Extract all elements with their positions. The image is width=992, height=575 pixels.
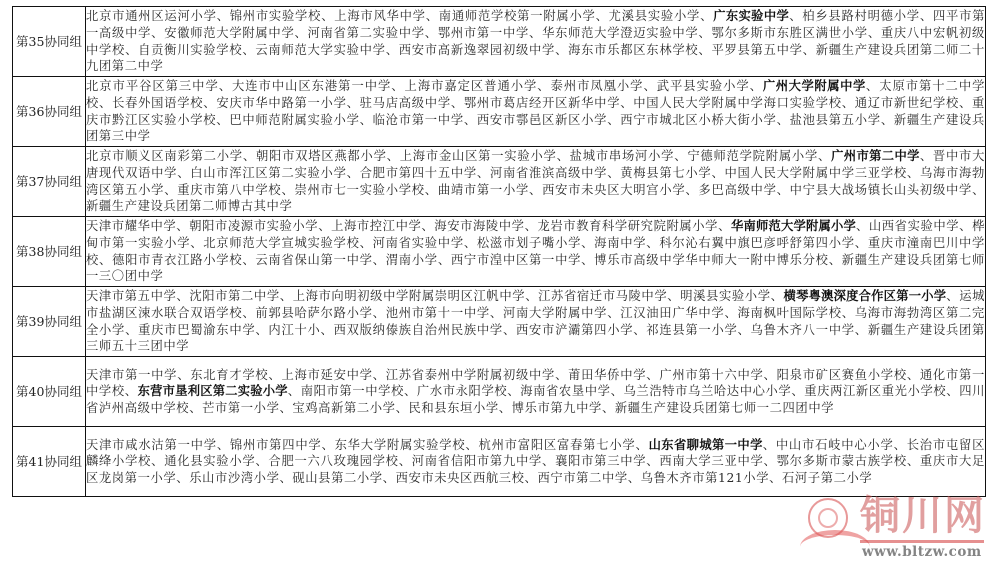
school-name: 中山市石岐中心小学 xyxy=(776,438,894,452)
school-name: 龙岩市教育科学研究院附属小学 xyxy=(538,219,719,233)
list-separator: 、 xyxy=(777,113,790,127)
list-separator: 、 xyxy=(818,149,831,163)
list-separator: 、 xyxy=(866,79,879,93)
school-name: 明溪县实验小学 xyxy=(680,289,770,303)
school-name: 合肥一六八玫瑰园学校 xyxy=(268,454,398,468)
school-name: 杭州市富阳区富春第七小学 xyxy=(479,438,636,452)
list-separator: 、 xyxy=(581,253,594,267)
school-name: 海南枫叶国际学校 xyxy=(737,306,841,320)
school-name: 西宁市城北区小桥大街小学 xyxy=(620,113,776,127)
school-name: 西宁市第二中学 xyxy=(537,471,627,485)
school-name: 西宁市湟中区第一中学 xyxy=(451,253,581,267)
school-name: 河南省淮滨高级中学 xyxy=(490,166,607,180)
school-name: 科尔沁右翼中旗巴彦呼舒第四小学 xyxy=(659,236,854,250)
list-separator: 、 xyxy=(868,26,881,40)
table-body: 第35协同组 北京市通州区运河小学、锦州市实验学校、上海市风华中学、南通师范学校… xyxy=(13,7,986,497)
list-separator: 、 xyxy=(425,26,438,40)
school-name: 平罗县第五中学 xyxy=(711,43,802,57)
school-name-highlighted: 山东省聊城第一中学 xyxy=(649,438,763,452)
school-name: 新疆生产建设兵团第二师博古其中学 xyxy=(86,199,292,213)
group-schools: 北京市平谷区第三中学、大连市中山区东港第一中学、上海市嘉定区普通小学、泰州市凤凰… xyxy=(86,77,986,147)
school-name: 安庆市华中路第一小学 xyxy=(216,96,346,110)
school-name: 上海市延安中学 xyxy=(281,368,372,382)
school-name: 山西省实验中学 xyxy=(869,219,959,233)
list-separator: 、 xyxy=(151,26,164,40)
school-name: 西安市浐灞第四小学 xyxy=(516,323,633,337)
school-name: 天津市第五中学 xyxy=(86,289,176,303)
school-name: 乌兰浩特市乌兰哈达中心小学 xyxy=(624,384,792,398)
list-separator: 、 xyxy=(421,219,434,233)
list-separator: 、 xyxy=(255,454,268,468)
list-separator: 、 xyxy=(288,384,301,398)
group-schools: 北京市通州区运河小学、锦州市实验学校、上海市风华中学、南通师范学校第一附属小学、… xyxy=(86,7,986,77)
school-name: 中宁县大战场镇长山头初级中学 xyxy=(790,183,972,197)
list-separator: 、 xyxy=(633,323,646,337)
list-separator: 、 xyxy=(667,289,680,303)
school-name: 长春外国语学校 xyxy=(112,96,203,110)
list-separator: 、 xyxy=(946,384,959,398)
school-name: 上海市风华中学 xyxy=(334,9,425,23)
list-separator: 、 xyxy=(803,43,816,57)
school-name-highlighted: 广东实验中学 xyxy=(713,9,789,23)
school-name: 乌鲁木齐八一中学 xyxy=(751,323,855,337)
group-schools: 天津市第五中学、沈阳市第二中学、上海市向明初级中学附属崇明区江帆中学、江苏省宿迁… xyxy=(86,287,986,357)
school-name: 河南省实验中学 xyxy=(373,236,464,250)
school-name: 宝鸡高新第二小学 xyxy=(292,401,395,415)
list-separator: 、 xyxy=(628,471,641,485)
list-separator: 、 xyxy=(294,26,307,40)
list-separator: 、 xyxy=(791,384,804,398)
list-separator: 、 xyxy=(255,323,268,337)
list-separator: 、 xyxy=(611,384,624,398)
school-name: 海东市乐都区东林学校 xyxy=(568,43,698,57)
school-name: 宁德师范学院附属小学 xyxy=(687,149,818,163)
group-schools: 北京市顺义区南彩第二小学、朝阳市双塔区燕都小学、上海市金山区第一实验小学、盐城市… xyxy=(86,147,986,217)
wave-logo-icon xyxy=(800,530,870,564)
school-name: 内江十小 xyxy=(268,323,320,337)
watermark-logo-text: 铜川网 xyxy=(860,494,986,538)
school-name: 大连市中山区东港第一中学 xyxy=(232,79,391,93)
school-name: 河南大学附属中学 xyxy=(503,306,607,320)
list-separator: 、 xyxy=(596,9,609,23)
school-name: 渭南小学 xyxy=(386,253,438,267)
school-name: 河南省第二实验中学 xyxy=(308,26,425,40)
seal-logo-icon xyxy=(808,498,848,538)
list-separator: 、 xyxy=(529,183,542,197)
school-name: 朝阳市双塔区燕都小学 xyxy=(256,149,387,163)
list-separator: 、 xyxy=(465,438,478,452)
school-name: 西安市未央区西航三校 xyxy=(396,471,525,485)
list-separator: 、 xyxy=(894,438,907,452)
watermark-divider xyxy=(860,540,984,543)
school-name: 重庆市第八中学校 xyxy=(177,183,281,197)
list-separator: 、 xyxy=(99,96,112,110)
list-separator: 、 xyxy=(383,471,396,485)
list-separator: 、 xyxy=(738,323,751,337)
school-name: 华东师范大学澄迈实验中学 xyxy=(542,26,698,40)
school-name: 鄂州市第一中学 xyxy=(438,26,529,40)
list-separator: 、 xyxy=(322,438,335,452)
school-name: 上海市向明初级中学附属崇明区江帆中学 xyxy=(293,289,526,303)
school-name: 北京市通州区运河小学 xyxy=(86,9,217,23)
school-name: 上海市金山区第一实验小学 xyxy=(400,149,557,163)
list-separator: 、 xyxy=(373,306,386,320)
list-separator: 、 xyxy=(176,289,189,303)
document-page: 第35协同组 北京市通州区运河小学、锦州市实验学校、上海市风华中学、南通师范学校… xyxy=(0,0,992,575)
list-separator: 、 xyxy=(347,166,360,180)
list-separator: 、 xyxy=(464,236,477,250)
list-separator: 、 xyxy=(125,43,138,57)
list-separator: 、 xyxy=(507,384,520,398)
school-name: 北京市平谷区第三中学 xyxy=(86,79,219,93)
list-separator: 、 xyxy=(281,183,294,197)
list-separator: 、 xyxy=(855,236,868,250)
list-separator: 、 xyxy=(907,166,920,180)
school-name: 江汉油田广华中学 xyxy=(620,306,724,320)
list-separator: 、 xyxy=(646,454,659,468)
collaboration-groups-table: 第35协同组 北京市通州区运河小学、锦州市实验学校、上海市风华中学、南通师范学校… xyxy=(12,6,986,497)
group-row: 第41协同组 天津市咸水沽第一中学、锦州市第四中学、东华大学附属实验学校、杭州市… xyxy=(13,427,986,497)
list-separator: 、 xyxy=(387,149,400,163)
school-name: 北京师范大学宣城实验学校 xyxy=(203,236,359,250)
school-name: 西安市鄠邑区新区小学 xyxy=(477,113,607,127)
list-separator: 、 xyxy=(607,113,620,127)
list-separator: 、 xyxy=(602,401,615,415)
list-separator: 、 xyxy=(360,113,373,127)
school-name: 东北育才学校 xyxy=(190,368,268,382)
group-row: 第38协同组 天津市耀华中学、朝阳市凌源市实验小学、上海市控江中学、海安市海陵中… xyxy=(13,217,986,287)
group-schools: 天津市第一中学、东北育才学校、上海市延安中学、江苏省泰州中学附属初级中学、莆田华… xyxy=(86,357,986,427)
school-name: 上海市嘉定区普通小学 xyxy=(405,79,538,93)
school-name: 曲靖市第一小学 xyxy=(438,183,529,197)
list-separator: 、 xyxy=(321,9,334,23)
school-name: 柏乡县路村明德小学 xyxy=(802,9,920,23)
list-separator: 、 xyxy=(190,236,203,250)
school-name: 安徽师范大学附属中学 xyxy=(164,26,294,40)
list-separator: 、 xyxy=(464,113,477,127)
school-name-highlighted: 华南师范大学附属小学 xyxy=(731,219,856,233)
school-name: 驻马店高级中学 xyxy=(360,96,451,110)
list-separator: 、 xyxy=(219,79,232,93)
school-name: 通辽市新世纪学校 xyxy=(855,96,959,110)
list-separator: 、 xyxy=(347,96,360,110)
school-name: 民和县东垣小学 xyxy=(408,401,498,415)
list-separator: 、 xyxy=(490,306,503,320)
list-separator: 、 xyxy=(503,323,516,337)
school-name: 上海市控江中学 xyxy=(331,219,421,233)
school-name: 前郭县哈萨尔路小学 xyxy=(255,306,372,320)
school-name: 盐池县第五小学 xyxy=(790,113,881,127)
list-separator: 、 xyxy=(280,289,293,303)
school-name: 莆田华侨中学 xyxy=(568,368,646,382)
school-name: 南阳市第一中学校 xyxy=(301,384,404,398)
site-watermark: 铜川网 www.bltzw.com xyxy=(800,492,986,570)
school-name: 中国人民大学附属中学三亚学校 xyxy=(724,166,906,180)
list-separator: 、 xyxy=(607,166,620,180)
school-name: 河南省信阳市第九中学 xyxy=(412,454,542,468)
list-separator: 、 xyxy=(318,219,331,233)
school-name: 新疆生产建设兵团第七师一二四团中学 xyxy=(615,401,834,415)
school-name: 广州市第十六中学 xyxy=(659,368,763,382)
list-separator: 、 xyxy=(177,368,190,382)
school-name: 西安市高新逸翠园初级中学 xyxy=(399,43,555,57)
list-separator: 、 xyxy=(842,306,855,320)
school-name: 朝阳市凌源市实验小学 xyxy=(189,219,318,233)
school-name: 临沧市第一中学 xyxy=(373,113,464,127)
list-separator: 、 xyxy=(176,471,189,485)
list-separator: 、 xyxy=(907,368,920,382)
school-name: 祁连县第一小学 xyxy=(646,323,737,337)
school-name: 崇州市七一实验小学校 xyxy=(294,183,424,197)
school-name: 池州市第十一中学 xyxy=(386,306,490,320)
list-separator: 、 xyxy=(477,166,490,180)
list-separator: 、 xyxy=(711,166,724,180)
group-label: 第39协同组 xyxy=(13,287,86,357)
list-separator: 、 xyxy=(529,26,542,40)
school-name: 西双版纳傣族自治州民族中学 xyxy=(334,323,503,337)
list-separator: 、 xyxy=(525,289,538,303)
school-name: 黄梅县第七小学 xyxy=(620,166,711,180)
list-separator: 、 xyxy=(959,219,972,233)
list-separator: 、 xyxy=(426,9,439,23)
school-name: 江苏省宿迁市马陵中学 xyxy=(538,289,667,303)
list-separator: 、 xyxy=(176,219,189,233)
list-separator: 、 xyxy=(451,96,464,110)
group-label: 第41协同组 xyxy=(13,427,86,497)
list-separator: 、 xyxy=(764,454,777,468)
list-separator: 、 xyxy=(425,183,438,197)
list-separator: 、 xyxy=(203,96,216,110)
school-name: 乌鲁木齐市第121小学 xyxy=(641,471,769,485)
list-separator: 、 xyxy=(125,384,138,398)
list-separator: 、 xyxy=(542,454,555,468)
school-name: 广水市永阳学校 xyxy=(417,384,507,398)
list-separator: 、 xyxy=(396,401,409,415)
school-name: 西安市未央区大明宫小学 xyxy=(542,183,685,197)
list-separator: 、 xyxy=(499,401,512,415)
list-separator: 、 xyxy=(646,368,659,382)
school-name: 尤溪县实验小学 xyxy=(609,9,700,23)
list-separator: 、 xyxy=(164,183,177,197)
list-separator: 、 xyxy=(959,96,972,110)
group-row: 第40协同组 天津市第一中学、东北育才学校、上海市延安中学、江苏省泰州中学附属初… xyxy=(13,357,986,427)
school-name: 锦州市第四中学 xyxy=(230,438,322,452)
list-separator: 、 xyxy=(189,401,202,415)
list-separator: 、 xyxy=(360,236,373,250)
group-label: 第38协同组 xyxy=(13,217,86,287)
list-separator: 、 xyxy=(698,43,711,57)
list-separator: 、 xyxy=(750,79,763,93)
list-separator: 、 xyxy=(829,253,842,267)
school-name: 北京市顺义区南彩第二小学 xyxy=(86,149,243,163)
list-separator: 、 xyxy=(555,368,568,382)
school-name: 芒市第一小学 xyxy=(202,401,279,415)
list-separator: 、 xyxy=(856,219,869,233)
list-separator: 、 xyxy=(946,289,959,303)
list-separator: 、 xyxy=(99,253,112,267)
school-name: 锦州市实验学校 xyxy=(230,9,321,23)
list-separator: 、 xyxy=(386,43,399,57)
group-label: 第37协同组 xyxy=(13,147,86,217)
list-separator: 、 xyxy=(764,368,777,382)
school-name: 多巴高级中学 xyxy=(698,183,776,197)
school-name: 云南省保山第一中学 xyxy=(255,253,372,267)
school-name: 鄂州市葛店经开区新华中学 xyxy=(464,96,620,110)
list-separator: 、 xyxy=(855,323,868,337)
list-separator: 、 xyxy=(718,219,731,233)
list-separator: 、 xyxy=(399,454,412,468)
school-name: 博乐市第九中学 xyxy=(512,401,602,415)
group-row: 第35协同组 北京市通州区运河小学、锦州市实验学校、上海市风华中学、南通师范学校… xyxy=(13,7,986,77)
list-separator: 、 xyxy=(842,96,855,110)
list-separator: 、 xyxy=(555,43,568,57)
group-schools: 天津市咸水沽第一中学、锦州市第四中学、东华大学附属实验学校、杭州市富阳区富春第七… xyxy=(86,427,986,497)
group-label: 第35协同组 xyxy=(13,7,86,77)
list-separator: 、 xyxy=(698,26,711,40)
list-separator: 、 xyxy=(125,323,138,337)
list-separator: 、 xyxy=(674,149,687,163)
list-separator: 、 xyxy=(920,149,933,163)
school-name: 砚山县第二小学 xyxy=(292,471,382,485)
list-separator: 、 xyxy=(279,401,292,415)
school-name: 泰州市凤凰小学 xyxy=(551,79,644,93)
group-row: 第36协同组 北京市平谷区第三中学、大连市中山区东港第一中学、上海市嘉定区普通小… xyxy=(13,77,986,147)
list-separator: 、 xyxy=(777,183,790,197)
school-name: 巴中师范附属实验小学 xyxy=(229,113,359,127)
list-separator: 、 xyxy=(321,323,334,337)
group-row: 第39协同组 天津市第五中学、沈阳市第二中学、上海市向明初级中学附属崇明区江帆中… xyxy=(13,287,986,357)
list-separator: 、 xyxy=(279,471,292,485)
list-separator: 、 xyxy=(525,471,538,485)
school-name: 鄂尔多斯市蒙古族学校 xyxy=(777,454,907,468)
list-separator: 、 xyxy=(242,306,255,320)
list-separator: 、 xyxy=(525,219,538,233)
list-separator: 、 xyxy=(557,149,570,163)
school-name: 松滋市划子嘴小学 xyxy=(477,236,581,250)
list-separator: 、 xyxy=(177,166,190,180)
list-separator: 、 xyxy=(920,9,933,23)
school-name: 博乐市高级中学华中师大一附中博乐分校 xyxy=(594,253,829,267)
group-schools: 天津市耀华中学、朝阳市凌源市实验小学、上海市控江中学、海安市海陵中学、龙岩市教育… xyxy=(86,217,986,287)
school-name: 天津市第一中学 xyxy=(86,368,177,382)
group-label: 第40协同组 xyxy=(13,357,86,427)
school-name: 云南师范大学实验中学 xyxy=(255,43,385,57)
school-name: 海安市海陵中学 xyxy=(434,219,524,233)
school-name: 襄阳市第三中学 xyxy=(555,454,646,468)
school-name: 石河子第二小学 xyxy=(782,471,872,485)
school-name: 鄂尔多斯市东胜区满世小学 xyxy=(711,26,867,40)
school-name: 海南省农垦中学 xyxy=(520,384,610,398)
school-name: 海南中学 xyxy=(594,236,646,250)
list-separator: 、 xyxy=(243,149,256,163)
list-separator: 、 xyxy=(646,236,659,250)
school-name: 合肥市第四十五中学 xyxy=(360,166,477,180)
list-separator: 、 xyxy=(907,454,920,468)
list-separator: 、 xyxy=(636,438,649,452)
school-name: 通化县实验小学 xyxy=(164,454,255,468)
school-name: 自贡衡川实验学校 xyxy=(138,43,242,57)
list-separator: 、 xyxy=(769,471,782,485)
group-label: 第36协同组 xyxy=(13,77,86,147)
school-name: 乐山市沙湾小学 xyxy=(189,471,279,485)
school-name: 重庆两江新区重光小学校 xyxy=(804,384,946,398)
watermark-url: www.bltzw.com xyxy=(862,544,982,560)
school-name-highlighted: 广州市第二中学 xyxy=(831,149,920,163)
list-separator: 、 xyxy=(789,9,802,23)
school-name: 沈阳市第二中学 xyxy=(189,289,279,303)
list-separator: 、 xyxy=(373,368,386,382)
list-separator: 、 xyxy=(438,253,451,267)
list-separator: 、 xyxy=(724,306,737,320)
list-separator: 、 xyxy=(607,306,620,320)
school-name: 东华大学附属实验学校 xyxy=(335,438,466,452)
school-name: 中国人民大学附属中学海口实验学校 xyxy=(633,96,841,110)
list-separator: 、 xyxy=(581,236,594,250)
list-separator: 、 xyxy=(537,79,550,93)
list-separator: 、 xyxy=(391,79,404,93)
list-separator: 、 xyxy=(972,183,985,197)
school-name: 西南大学三亚中学 xyxy=(659,454,763,468)
school-name: 武平县实验小学 xyxy=(657,79,750,93)
list-separator: 、 xyxy=(217,438,230,452)
group-row: 第37协同组 北京市顺义区南彩第二小学、朝阳市双塔区燕都小学、上海市金山区第一实… xyxy=(13,147,986,217)
school-name: 江苏省泰州中学附属初级中学 xyxy=(386,368,555,382)
list-separator: 、 xyxy=(620,96,633,110)
list-separator: 、 xyxy=(643,79,656,93)
list-separator: 、 xyxy=(242,253,255,267)
school-name-highlighted: 广州大学附属中学 xyxy=(763,79,866,93)
school-name: 重庆市巴蜀渝东中学 xyxy=(138,323,255,337)
list-separator: 、 xyxy=(404,384,417,398)
school-name: 盐城市串场河小学 xyxy=(570,149,675,163)
school-name: 南通师范学校第一附属小学 xyxy=(439,9,596,23)
list-separator: 、 xyxy=(216,113,229,127)
list-separator: 、 xyxy=(771,289,784,303)
school-name: 德阳市青衣江路小学校 xyxy=(112,253,242,267)
list-separator: 、 xyxy=(268,368,281,382)
school-name-highlighted: 横琴粤澳深度合作区第一小学 xyxy=(784,289,947,303)
school-name: 天津市咸水沽第一中学 xyxy=(86,438,217,452)
school-name: 白山市浑江区第二实验小学 xyxy=(190,166,346,180)
school-name: 天津市耀华中学 xyxy=(86,219,176,233)
list-separator: 、 xyxy=(373,253,386,267)
list-separator: 、 xyxy=(151,454,164,468)
list-separator: 、 xyxy=(685,183,698,197)
list-separator: 、 xyxy=(763,438,776,452)
list-separator: 、 xyxy=(217,9,230,23)
school-name-highlighted: 东营市垦利区第二实验小学 xyxy=(138,384,288,398)
list-separator: 、 xyxy=(242,43,255,57)
list-separator: 、 xyxy=(700,9,713,23)
list-separator: 、 xyxy=(881,113,894,127)
school-name: 阳泉市矿区赛鱼小学校 xyxy=(777,368,907,382)
